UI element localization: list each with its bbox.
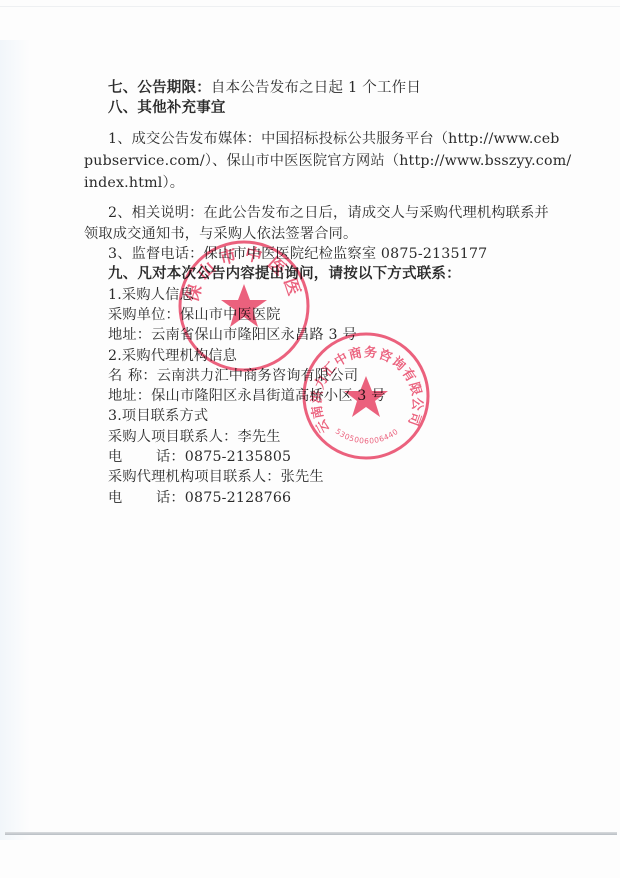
scan-left-edge-shadow [0, 40, 30, 840]
agency-contact-value: 张先生 [281, 469, 324, 485]
purchaser-contact-label: 采购人项目联系人： [108, 429, 238, 445]
phone-label-1: 电 [108, 447, 156, 467]
agency-name: 名称：云南洪力汇中商务咨询有限公司 [84, 366, 554, 386]
phone-label-2: 话： [156, 490, 185, 506]
purchaser-unit-value: 保山市中医医院 [180, 307, 281, 323]
purchaser-address-label: 地址： [108, 327, 151, 343]
section-eight-heading: 八、其他补充事宜 [84, 98, 554, 118]
supervision-phone: 3、监督电话：保山市中医医院纪检监察室 0875-2135177 [84, 244, 554, 264]
agency-info-title: 2.采购代理机构信息 [84, 346, 554, 366]
purchaser-phone: 电话：0875-2135805 [84, 447, 554, 467]
related-notes-line-2: 领取成交通知书，与采购人依法签署合同。 [84, 224, 554, 244]
publication-media-line-2: pubservice.com/）、保山市中医医院官方网站（http://www.… [84, 151, 554, 171]
purchaser-phone-value: 0875-2135805 [185, 449, 292, 465]
phone-label-2: 话： [156, 449, 185, 465]
purchaser-contact-value: 李先生 [238, 429, 281, 445]
agency-phone: 电话：0875-2128766 [84, 488, 554, 508]
agency-contact-label: 采购代理机构项目联系人： [108, 469, 281, 485]
purchaser-info-title: 1.采购人信息 [84, 285, 554, 305]
agency-name-label-1: 名 [108, 366, 128, 386]
purchaser-contact: 采购人项目联系人：李先生 [84, 427, 554, 447]
scan-bottom-edge [5, 832, 617, 835]
section-seven-text: 自本公告发布之日起 1 个工作日 [211, 80, 421, 96]
section-seven-heading: 七、公告期限：自本公告发布之日起 1 个工作日 [84, 78, 554, 98]
agency-address-label: 地址： [108, 388, 151, 404]
agency-address: 地址：保山市隆阳区永昌街道高桥小区 3 号 [84, 386, 554, 406]
agency-address-value: 保山市隆阳区永昌街道高桥小区 3 号 [151, 388, 385, 404]
phone-label-1: 电 [108, 488, 156, 508]
agency-name-value: 云南洪力汇中商务咨询有限公司 [157, 368, 358, 384]
scan-top-edge [0, 6, 620, 7]
agency-phone-value: 0875-2128766 [185, 490, 292, 506]
agency-name-label-2: 称： [128, 368, 157, 384]
purchaser-address: 地址：云南省保山市隆阳区永昌路 3 号 [84, 325, 554, 345]
purchaser-unit-label: 采购单位： [108, 307, 180, 323]
publication-media-line-1: 1、成交公告发布媒体：中国招标投标公共服务平台（http://www.ceb [84, 129, 554, 149]
related-notes-line-1: 2、相关说明：在此公告发布之日后，请成交人与采购代理机构联系并 [84, 203, 554, 223]
publication-media-line-3: index.html）。 [84, 173, 554, 193]
contacts-title: 3.项目联系方式 [84, 406, 554, 426]
document-page: 七、公告期限：自本公告发布之日起 1 个工作日 八、其他补充事宜 1、成交公告发… [0, 0, 620, 878]
section-nine-heading: 九、凡对本次公告内容提出询问，请按以下方式联系： [84, 264, 554, 284]
purchaser-unit: 采购单位：保山市中医医院 [84, 305, 554, 325]
agency-contact: 采购代理机构项目联系人：张先生 [84, 467, 554, 487]
document-body: 七、公告期限：自本公告发布之日起 1 个工作日 八、其他补充事宜 1、成交公告发… [84, 78, 554, 508]
purchaser-address-value: 云南省保山市隆阳区永昌路 3 号 [151, 327, 357, 343]
section-seven-title: 七、公告期限： [108, 80, 211, 96]
